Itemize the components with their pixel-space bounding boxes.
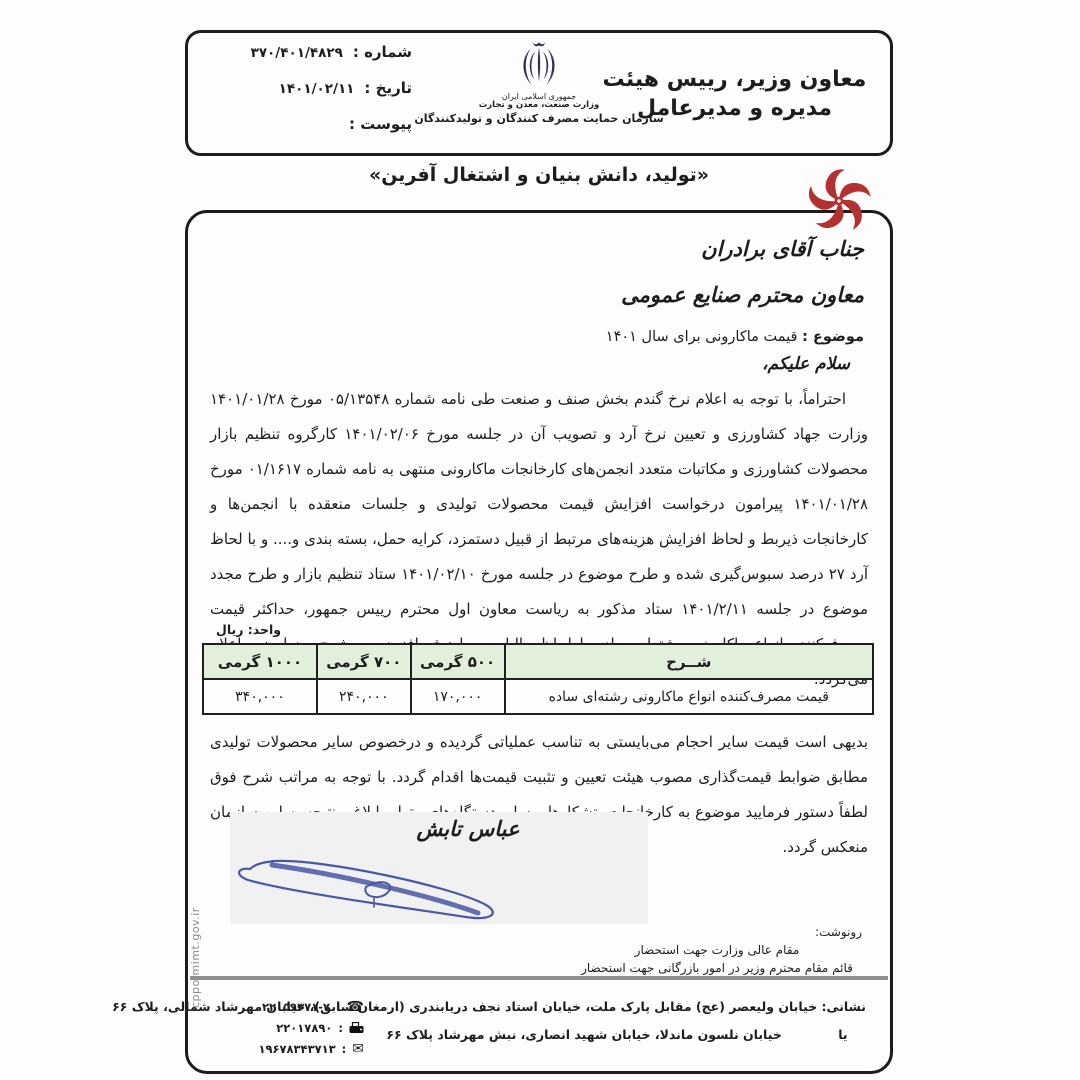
cc-block: رونوشت: مقام عالی وزارت جهت استحضار قائم… [572, 923, 862, 977]
address-line-2: یا خیابان نلسون ماندلا، خیابان شهید انصا… [368, 1021, 866, 1049]
sender-title: معاون وزیر، رییس هیئت مدیره و مدیرعامل [587, 65, 882, 123]
cc-label: رونوشت: [572, 923, 862, 941]
postal-code: ۱۹۶۷۸۳۴۳۷۱۳ [258, 1042, 335, 1056]
address-line-2-text: خیابان نلسون ماندلا، خیابان شهید انصاری،… [386, 1027, 781, 1042]
address-line-1: نشانی: خیابان ولیعصر (عج) مقابل پارک ملت… [368, 993, 866, 1021]
footer-divider [190, 976, 888, 980]
number-value: ۳۷۰/۴۰۱/۴۸۲۹ [251, 45, 343, 61]
price-table: شــرح ۵۰۰ گرمی ۷۰۰ گرمی ۱۰۰۰ گرمی قیمت م… [202, 643, 874, 715]
header-fields: شماره : ۳۷۰/۴۰۱/۴۸۲۹ تاریخ : ۱۴۰۱/۰۲/۱۱ … [202, 43, 412, 151]
column-header-700g: ۷۰۰ گرمی [317, 644, 411, 679]
price-table-header-row: شــرح ۵۰۰ گرمی ۷۰۰ گرمی ۱۰۰۰ گرمی [203, 644, 873, 679]
subject-label: موضوع : [802, 329, 864, 345]
salutation: سلام علیکم، [762, 354, 850, 374]
address-line-1-text: خیابان ولیعصر (عج) مقابل پارک ملت، خیابا… [112, 999, 817, 1014]
address-or: یا [838, 1027, 847, 1042]
iran-national-emblem-icon [519, 39, 559, 91]
fax-icon [349, 1022, 364, 1034]
scanned-letter-page: شماره : ۳۷۰/۴۰۱/۴۸۲۹ تاریخ : ۱۴۰۱/۰۲/۱۱ … [0, 0, 1080, 1080]
subject-line: موضوع : قیمت ماکارونی برای سال ۱۴۰۱ [606, 329, 864, 345]
colon: : [342, 1042, 347, 1056]
table-unit-label: واحد: ریال [216, 622, 281, 637]
column-header-1000g: ۱۰۰۰ گرمی [203, 644, 317, 679]
attachment-label: پیوست : [349, 115, 412, 133]
cell-price-500g: ۱۷۰,۰۰۰ [411, 679, 505, 714]
letterhead-box: شماره : ۳۷۰/۴۰۱/۴۸۲۹ تاریخ : ۱۴۰۱/۰۲/۱۱ … [185, 30, 893, 156]
column-header-description: شــرح [505, 644, 874, 679]
website-url-vertical: cppo.mimt.gov.ir [189, 907, 202, 1008]
colon: : [338, 1021, 343, 1035]
footer-address: نشانی: خیابان ولیعصر (عج) مقابل پارک ملت… [368, 993, 866, 1049]
recipient-title: معاون محترم صنایع عمومی [621, 283, 864, 307]
year-slogan: «تولید، دانش بنیان و اشتغال آفرین» [185, 164, 893, 186]
subject-text: قیمت ماکارونی برای سال ۱۴۰۱ [606, 329, 798, 345]
fax-number: ۲۲۰۱۷۸۹۰ [276, 1021, 332, 1035]
column-header-500g: ۵۰۰ گرمی [411, 644, 505, 679]
postal-row: ✉ : ۱۹۶۷۸۳۴۳۷۱۳ [204, 1038, 364, 1059]
field-number: شماره : ۳۷۰/۴۰۱/۴۸۲۹ [202, 43, 412, 79]
organization-stamp-icon: سازمان حمایت مصرف کنندگان و تولیدکنندگان… [790, 152, 888, 250]
field-attachment: پیوست : [202, 115, 412, 151]
cell-description: قیمت مصرف‌کننده انواع ماکارونی رشته‌ای س… [505, 679, 874, 714]
address-label: نشانی: [822, 999, 866, 1014]
cell-price-1000g: ۳۴۰,۰۰۰ [203, 679, 317, 714]
price-table-data-row: قیمت مصرف‌کننده انواع ماکارونی رشته‌ای س… [203, 679, 873, 714]
cc-item: مقام عالی وزارت جهت استحضار [572, 941, 862, 959]
handwritten-signature-icon [224, 835, 514, 933]
letter-body-frame: جناب آقای برادران معاون محترم صنایع عموم… [185, 210, 893, 1074]
envelope-icon: ✉ [352, 1042, 364, 1056]
svg-text:سازمان حمایت مصرف کنندگان و تو: سازمان حمایت مصرف کنندگان و تولیدکنندگان… [790, 152, 794, 154]
cc-item: قائم مقام محترم وزیر در امور بازرگانی جه… [572, 959, 862, 977]
field-date: تاریخ : ۱۴۰۱/۰۲/۱۱ [202, 79, 412, 115]
date-value: ۱۴۰۱/۰۲/۱۱ [279, 81, 355, 97]
cell-price-700g: ۲۴۰,۰۰۰ [317, 679, 411, 714]
